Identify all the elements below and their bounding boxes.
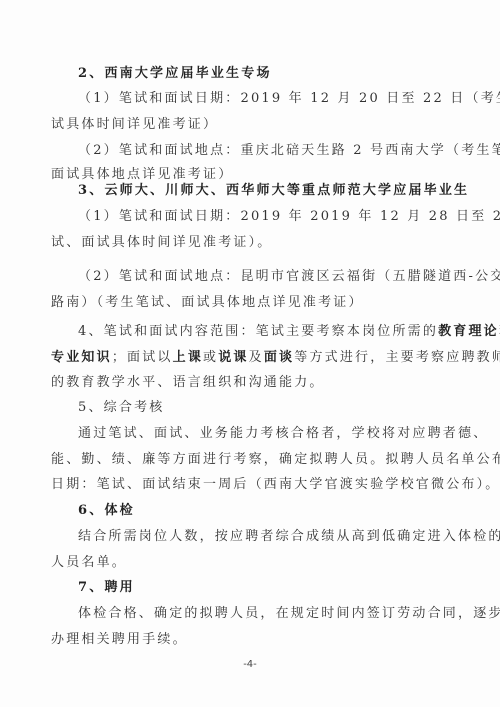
section-6-line2: 人员名单。 bbox=[51, 555, 461, 571]
section-3-heading: 3、云师大、川师大、西华师大等重点师范大学应届毕业生 bbox=[78, 183, 488, 199]
emphasis-text: 面谈 bbox=[264, 350, 294, 365]
text: 及 bbox=[249, 350, 264, 365]
section-7-line1: 体检合格、确定的拟聘人员，在规定时间内签订劳动合同，逐步 bbox=[78, 606, 488, 622]
emphasis-text: 专业知识 bbox=[51, 350, 112, 365]
section-6-heading: 6、体检 bbox=[78, 503, 488, 519]
section-4-line1: 4、笔试和面试内容范围：笔试主要考察本岗位所需的教育理论和 bbox=[78, 324, 488, 340]
section-5-line2: 能、勤、绩、廉等方面进行考察，确定拟聘人员。拟聘人员名单公布 bbox=[51, 452, 461, 468]
section-5-line1: 通过笔试、面试、业务能力考核合格者，学校将对应聘者德、 bbox=[78, 426, 488, 442]
section-7-line2: 办理相关聘用手续。 bbox=[51, 632, 461, 648]
emphasis-text: 教育理论 bbox=[438, 324, 499, 339]
section-7-heading: 7、聘用 bbox=[78, 580, 488, 596]
section-2-date-line2: 试具体时间详见准考证） bbox=[51, 117, 461, 133]
section-5-heading: 5、综合考核 bbox=[78, 400, 488, 416]
section-2-location-line1: （2）笔试和面试地点：重庆北碚天生路 2 号西南大学（考生笔试、 bbox=[78, 143, 488, 159]
section-6-line1: 结合所需岗位人数，按应聘者综合成绩从高到低确定进入体检的 bbox=[78, 529, 488, 545]
text: 等方式进行，主要考察应聘教师 bbox=[294, 350, 500, 365]
text: ；面试以 bbox=[112, 350, 173, 365]
section-3-date-line2: 试、面试具体时间详见准考证）。 bbox=[51, 235, 461, 251]
section-5-line3: 日期：笔试、面试结束一周后（西南大学官渡实验学校官微公布）。 bbox=[51, 477, 461, 493]
section-4-line3: 的教育教学水平、语言组织和沟通能力。 bbox=[51, 375, 461, 391]
emphasis-text: 说课 bbox=[218, 350, 248, 365]
section-3-location-line2: 路南）（考生笔试、面试具体地点详见准考证） bbox=[51, 295, 461, 311]
text: 或 bbox=[203, 350, 218, 365]
text: 4、笔试和面试内容范围：笔试主要考察本岗位所需的 bbox=[78, 324, 438, 339]
emphasis-text: 上课 bbox=[173, 350, 203, 365]
section-4-line2: 专业知识；面试以上课或说课及面谈等方式进行，主要考察应聘教师 bbox=[51, 350, 461, 366]
section-3-date-line1: （1）笔试和面试日期：2019 年 2019 年 12 月 28 日至 29 日… bbox=[78, 209, 488, 225]
page-number: -4- bbox=[0, 659, 500, 670]
section-2-location-line2: 面试具体地点详见准考证） bbox=[51, 167, 461, 183]
section-2-date-line1: （1）笔试和面试日期：2019 年 12 月 20 日至 22 日（考生笔试、面 bbox=[78, 91, 488, 107]
section-3-location-line1: （2）笔试和面试地点：昆明市官渡区云福街（五腊隧道西-公交站 bbox=[78, 269, 488, 285]
section-2-heading: 2、西南大学应届毕业生专场 bbox=[78, 66, 488, 82]
